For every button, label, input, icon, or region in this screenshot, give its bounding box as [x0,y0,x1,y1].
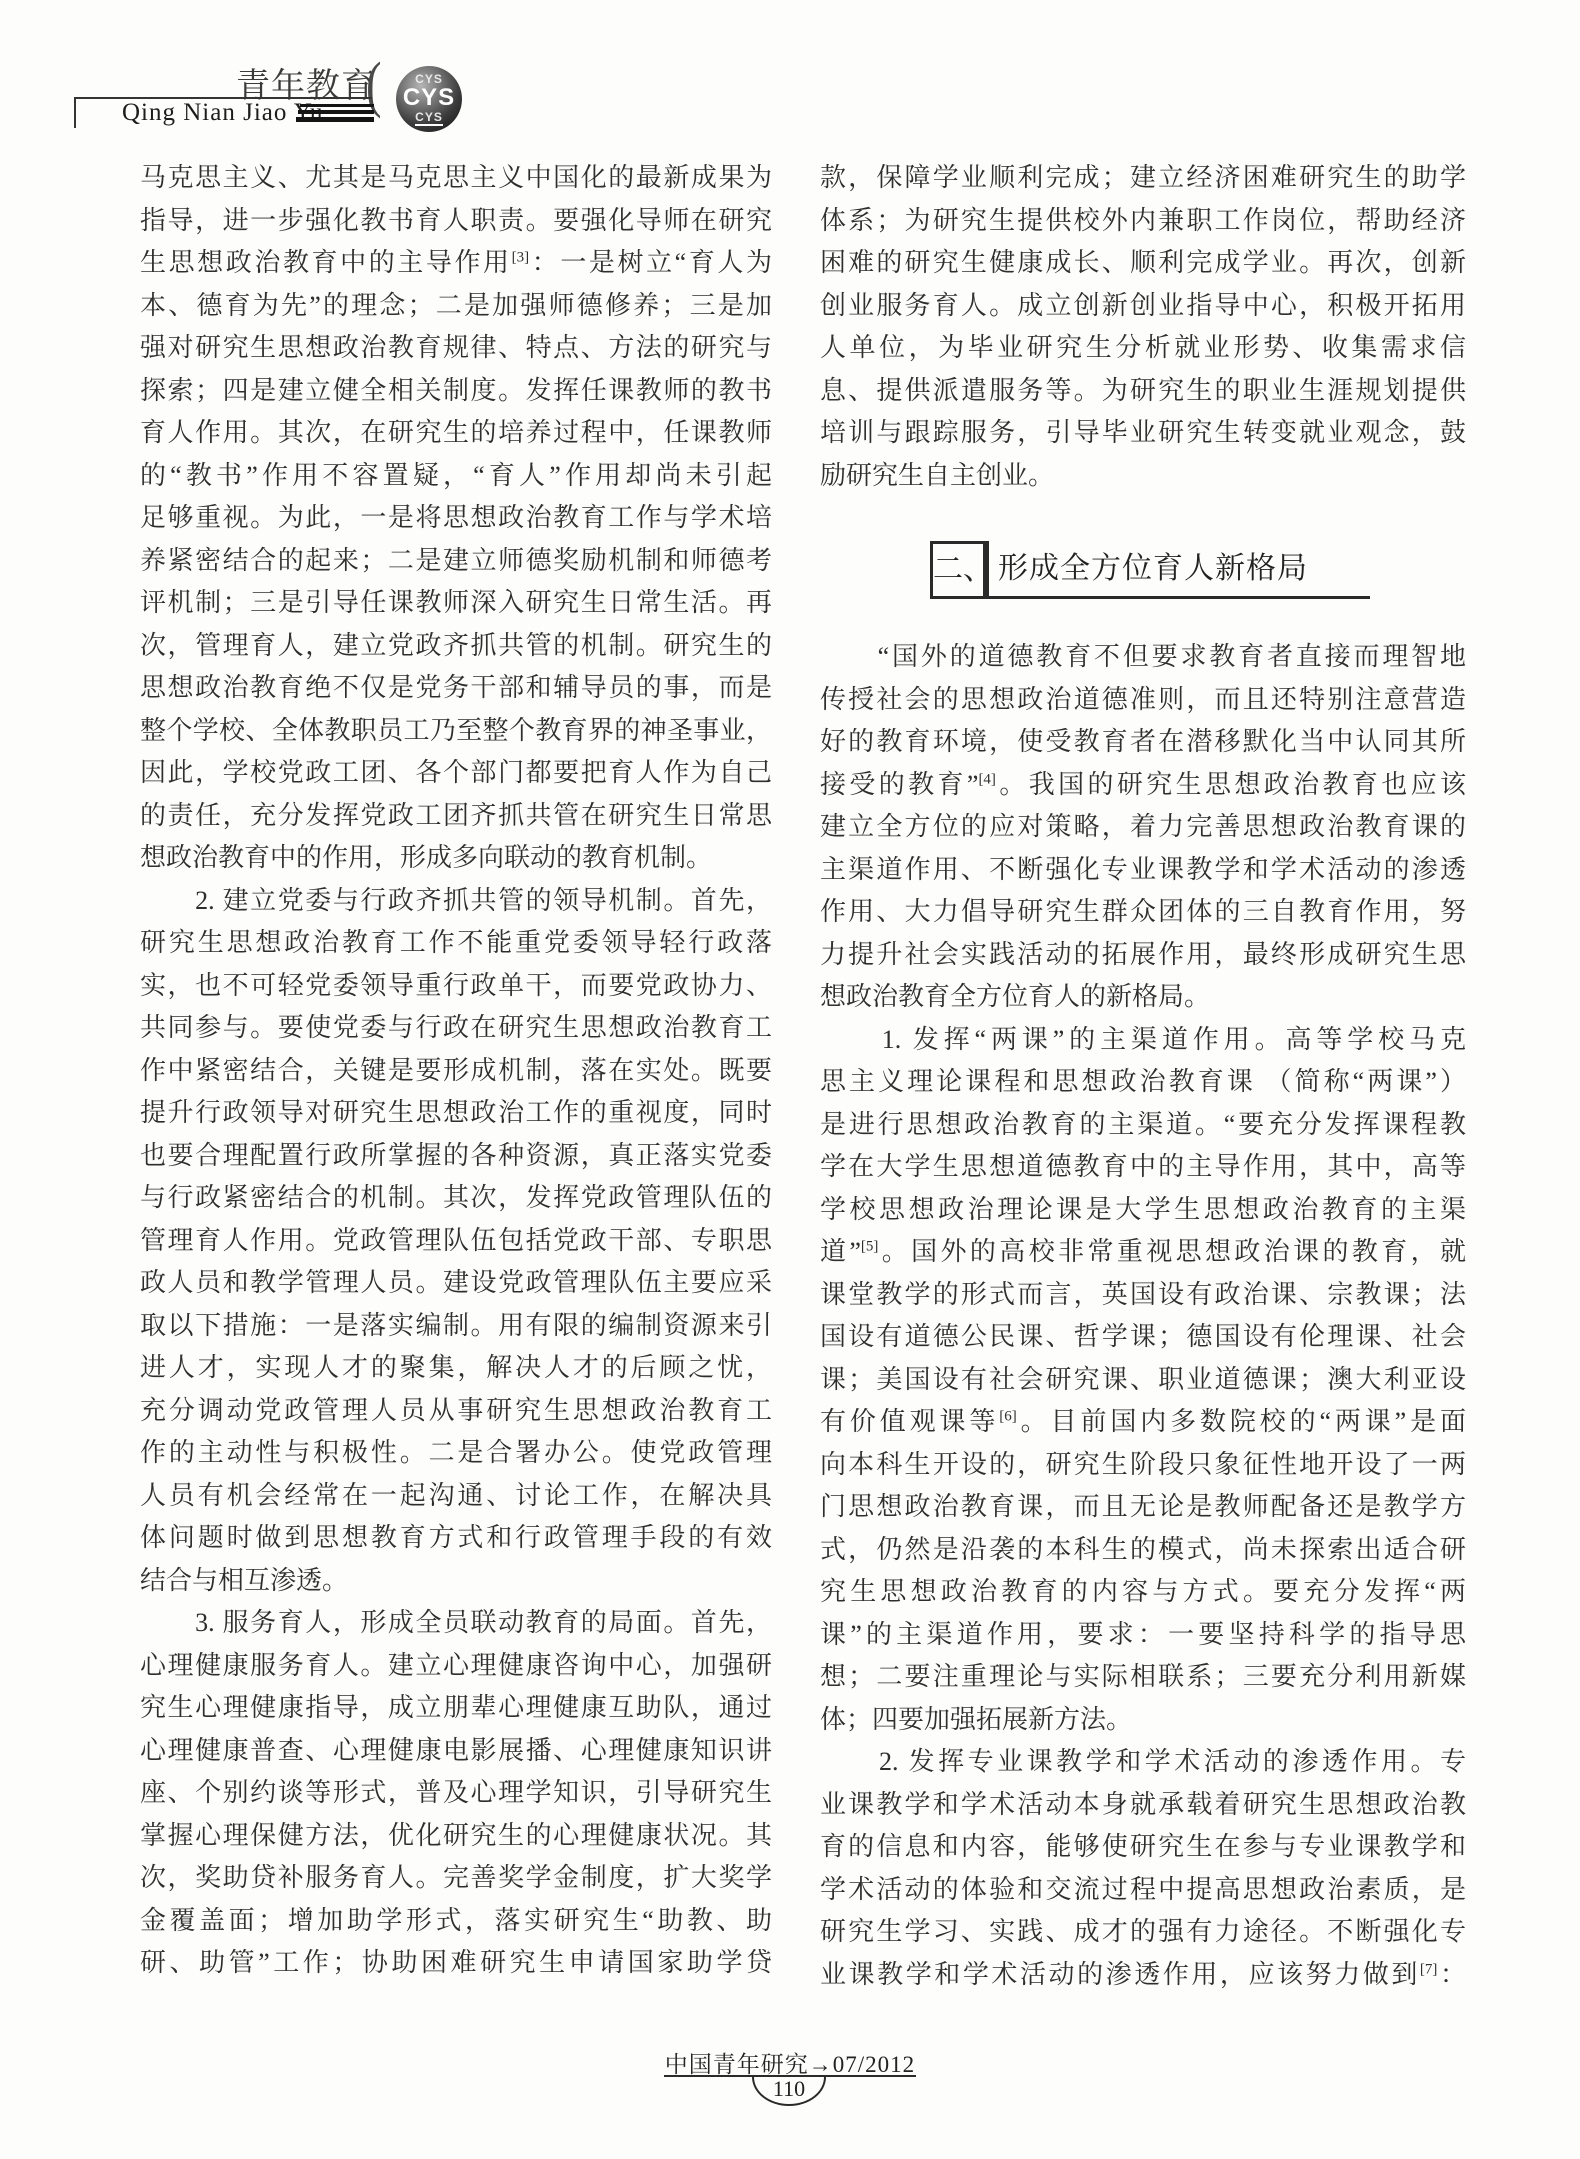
text-line: 的责任，充分发挥党政工团齐抓共管在研究生日常思 [140,795,772,838]
text-line: “国外的道德教育不但要求教育者直接而理智地 [820,636,1466,679]
text-line: 座、个别约谈等形式，普及心理学知识，引导研究生 [140,1772,772,1815]
text-line: 生思想政治教育中的主导作用[3]：一是树立“育人为 [140,242,772,285]
text-line: 课堂教学的形式而言，英国设有政治课、宗教课；法 [820,1274,1466,1317]
text-line: 心理健康普查、心理健康电影展播、心理健康知识讲 [140,1730,772,1773]
text-line: 心理健康服务育人。建立心理健康咨询中心，加强研 [140,1645,772,1688]
logo-text-middle: CYS [403,86,455,110]
text-line: 好的教育环境，使受教育者在潜移默化当中认同其所 [820,721,1466,764]
text-line: 思主义理论课程和思想政治教育课 （简称“两课”） [820,1061,1466,1104]
text-line: 取以下措施：一是落实编制。用有限的编制资源来引 [140,1305,772,1348]
journal-title-pinyin: Qing Nian Jiao Yu [122,99,323,127]
text-line: 门思想政治教育课，而且无论是教师配备还是教学方 [820,1486,1466,1529]
text-line: 2. 建立党委与行政齐抓共管的领导机制。首先， [140,880,772,923]
text-line: 实，也不可轻党委领导重行政单干，而要党政协力、 [140,965,772,1008]
text-line: 管理育人作用。党政管理队伍包括党政干部、专职思 [140,1220,772,1263]
text-line: 马克思主义、尤其是马克思主义中国化的最新成果为 [140,157,772,200]
text-line: 掌握心理保健方法，优化研究生的心理健康状况。其 [140,1815,772,1858]
bar [300,104,374,107]
text-line: 探索；四是建立健全相关制度。发挥任课教师的教书 [140,370,772,413]
text-line: 建立全方位的应对策略，着力完善思想政治教育课的 [820,806,1466,849]
text-line: 体系；为研究生提供校外内兼职工作岗位，帮助经济 [820,200,1466,243]
text-line: 作中紧密结合，关键是要形成机制，落在实处。既要 [140,1050,772,1093]
left-text-column: 马克思主义、尤其是马克思主义中国化的最新成果为指导，进一步强化教书育人职责。要强… [140,157,772,1985]
text-line: 研究生学习、实践、成才的强有力途径。不断强化专 [820,1911,1466,1954]
text-line: 与行政紧密结合的机制。其次，发挥党政管理队伍的 [140,1177,772,1220]
text-line: 传授社会的思想政治道德准则，而且还特别注意营造 [820,679,1466,722]
text-line: 想政治教育中的作用，形成多向联动的教育机制。 [140,837,772,880]
text-line: 次，管理育人，建立党政齐抓共管的机制。研究生的 [140,625,772,668]
text-line: 的“教书”作用不容置疑，“育人”作用却尚未引起 [140,455,772,498]
text-line: 是进行思想政治教育的主渠道。“要充分发挥课程教 [820,1104,1466,1147]
text-line: 息、提供派遣服务等。为研究生的职业生涯规划提供 [820,370,1466,413]
text-line: 作的主动性与积极性。二是合署办公。使党政管理 [140,1432,772,1475]
text-line: 式，仍然是沿袭的本科生的模式，尚未探索出适合研 [820,1529,1466,1572]
text-line: 道”[5]。国外的高校非常重视思想政治课的教育，就 [820,1231,1466,1274]
text-line: 养紧密结合的起来；二是建立师德奖励机制和师德考 [140,540,772,583]
text-line: 国设有道德公民课、哲学课；德国设有伦理课、社会 [820,1316,1466,1359]
text-line: 接受的教育”[4]。我国的研究生思想政治教育也应该 [820,764,1466,807]
text-line: 政人员和教学管理人员。建设党政管理队伍主要应采 [140,1262,772,1305]
text-line: 2. 发挥专业课教学和学术活动的渗透作用。专 [820,1741,1466,1784]
right-text-column-top: 款，保障学业顺利完成；建立经济困难研究生的助学体系；为研究生提供校外内兼职工作岗… [820,157,1466,497]
text-line: 评机制；三是引导任课教师深入研究生日常生活。再 [140,582,772,625]
bar [296,117,374,122]
text-line: 困难的研究生健康成长、顺利完成学业。再次，创新 [820,242,1466,285]
text-line: 研究生思想政治教育工作不能重党委领导轻行政落 [140,922,772,965]
text-line: 育人作用。其次，在研究生的培养过程中，任课教师 [140,412,772,455]
text-line: 金覆盖面；增加助学形式，落实研究生“助教、助 [140,1900,772,1943]
text-line: 也要合理配置行政所掌握的各种资源，真正落实党委 [140,1135,772,1178]
text-line: 指导，进一步强化教书育人职责。要强化导师在研究 [140,200,772,243]
masthead-triple-bars [296,104,374,125]
text-line: 充分调动党政管理人员从事研究生思想政治教育工 [140,1390,772,1433]
text-line: 创业服务育人。成立创新创业指导中心，积极开拓用 [820,285,1466,328]
text-line: 课；美国设有社会研究课、职业道德课；澳大利亚设 [820,1359,1466,1402]
right-text-column-bottom: “国外的道德教育不但要求教育者直接而理智地传授社会的思想政治道德准则，而且还特别… [820,636,1466,1996]
text-line: 因此，学校党政工团、各个部门都要把育人作为自己 [140,752,772,795]
text-line: 思想政治教育绝不仅是党务干部和辅导员的事，而是 [140,667,772,710]
section-title: 形成全方位育人新格局 [998,541,1308,597]
text-line: 强对研究生思想政治教育规律、特点、方法的研究与 [140,327,772,370]
logo-text-top: CYS [415,73,443,85]
text-line: 结合与相互渗透。 [140,1560,772,1603]
text-line: 作用、大力倡导研究生群众团体的三自教育作用，努 [820,891,1466,934]
text-line: 体问题时做到思想教育方式和行政管理手段的有效 [140,1517,772,1560]
text-line: 研、助管”工作；协助困难研究生申请国家助学贷 [140,1942,772,1985]
text-line: 本、德育为先”的理念；二是加强师德修养；三是加 [140,285,772,328]
scanned-journal-page: { "masthead": { "title_cn": "青年教育", "tit… [0,0,1580,2159]
text-line: 育的信息和内容，能够使研究生在参与专业课教学和 [820,1826,1466,1869]
text-line: 向本科生开设的，研究生阶段只象征性地开设了一两 [820,1444,1466,1487]
text-line: 有价值观课等[6]。目前国内多数院校的“两课”是面 [820,1401,1466,1444]
text-line: 共同参与。要使党委与行政在研究生思想政治教育工 [140,1007,772,1050]
journal-logo-cys: CYS CYS CYS [396,66,462,132]
text-line: 主渠道作用、不断强化专业课教学和学术活动的渗透 [820,849,1466,892]
text-line: 体；四要加强拓展新方法。 [820,1699,1466,1742]
page-number: 110 [754,2077,824,2101]
section-number: 二、 [933,553,993,586]
text-line: 足够重视。为此，一是将思想政治教育工作与学术培 [140,497,772,540]
text-line: 人单位，为毕业研究生分析就业形势、收集需求信 [820,327,1466,370]
text-line: 想政治教育全方位育人的新格局。 [820,976,1466,1019]
logo-text-bottom: CYS [415,111,443,126]
text-line: 整个学校、全体教职员工乃至整个教育界的神圣事业， [140,710,772,753]
text-line: 3. 服务育人，形成全员联动教育的局面。首先， [140,1602,772,1645]
text-line: 进人才，实现人才的聚集，解决人才的后顾之忧， [140,1347,772,1390]
section-number-box: 二、 [930,541,989,599]
text-line: 学术活动的体验和交流过程中提高思想政治素质，是 [820,1869,1466,1912]
page-number-badge: 110 [752,2077,826,2106]
text-line: 励研究生自主创业。 [820,455,1466,498]
text-line: 力提升社会实践活动的拓展作用，最终形成研究生思 [820,934,1466,977]
text-line: 次，奖助贷补服务育人。完善奖学金制度，扩大奖学 [140,1857,772,1900]
text-line: 款，保障学业顺利完成；建立经济困难研究生的助学 [820,157,1466,200]
section-heading-underline [984,596,1370,599]
text-line: 课”的主渠道作用，要求：一要坚持科学的指导思 [820,1614,1466,1657]
text-line: 究生心理健康指导，成立朋辈心理健康互助队，通过 [140,1687,772,1730]
text-line: 1. 发挥“两课”的主渠道作用。高等学校马克 [820,1019,1466,1062]
bar [298,110,374,114]
text-line: 想；二要注重理论与实际相联系；三要充分利用新媒 [820,1656,1466,1699]
text-line: 人员有机会经常在一起沟通、讨论工作，在解决具 [140,1475,772,1518]
text-line: 业课教学和学术活动本身就承载着研究生思想政治教 [820,1784,1466,1827]
text-line: 提升行政领导对研究生思想政治工作的重视度，同时 [140,1092,772,1135]
text-line: 培训与跟踪服务，引导毕业研究生转变就业观念，鼓 [820,412,1466,455]
text-line: 究生思想政治教育的内容与方式。要充分发挥“两 [820,1571,1466,1614]
masthead-left-tick [74,97,76,128]
text-line: 学校思想政治理论课是大学生思想政治教育的主渠 [820,1189,1466,1232]
text-line: 业课教学和学术活动的渗透作用，应该努力做到[7]： [820,1954,1466,1997]
text-line: 学在大学生思想道德教育中的主导作用，其中，高等 [820,1146,1466,1189]
